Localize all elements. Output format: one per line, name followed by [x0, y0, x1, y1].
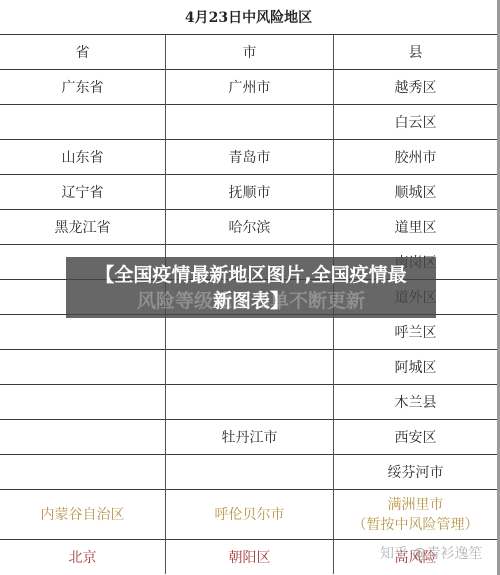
cell-county: 白云区 [334, 105, 498, 140]
zhihu-watermark: 知乎 @青衫逸笙 [380, 543, 482, 563]
table-row: 白云区 [0, 105, 497, 140]
cell-province: 内蒙谷自治区 [0, 490, 166, 540]
cell-province: 辽宁省 [0, 175, 166, 210]
banner-headline: 【全国疫情最新地区图片,全国疫情最 新图表】 [66, 257, 436, 318]
cell-city [166, 315, 334, 350]
cell-county: 道里区 [334, 210, 498, 245]
banner-line-2: 新图表】 [213, 288, 289, 314]
cell-province: 山东省 [0, 140, 166, 175]
cell-city [166, 105, 334, 140]
banner-line-1: 【全国疫情最新地区图片,全国疫情最 [95, 262, 406, 288]
table-row: 山东省 青岛市 胶州市 [0, 140, 497, 175]
table-row: 呼兰区 [0, 315, 497, 350]
table-row: 牡丹江市 西安区 [0, 420, 497, 455]
cell-province: 黑龙江省 [0, 210, 166, 245]
table-row: 辽宁省 抚顺市 顺城区 [0, 175, 497, 210]
cell-county: 西安区 [334, 420, 498, 455]
cell-county: 越秀区 [334, 70, 498, 105]
cell-county: 绥芬河市 [334, 455, 498, 490]
cell-county: 顺城区 [334, 175, 498, 210]
table-row: 广东省 广州市 越秀区 [0, 70, 497, 105]
cell-province: 广东省 [0, 70, 166, 105]
cell-city [166, 385, 334, 420]
headline-banner: 全国疫情最新地区图片,全国疫情 风险等级地区名单不断更新 【全国疫情最新地区图片… [66, 257, 436, 318]
cell-province [0, 105, 166, 140]
cell-province: 北京 [0, 540, 166, 575]
sheet-title: 4月23日中风险地区 [0, 0, 497, 34]
cell-city: 青岛市 [166, 140, 334, 175]
cell-county: 胶州市 [334, 140, 498, 175]
cell-city: 抚顺市 [166, 175, 334, 210]
cell-city: 朝阳区 [166, 540, 334, 575]
table-row: 黑龙江省 哈尔滨 道里区 [0, 210, 497, 245]
cell-province [0, 420, 166, 455]
cell-county: 木兰县 [334, 385, 498, 420]
table-row: 阿城区 [0, 350, 497, 385]
cell-province [0, 315, 166, 350]
table-row-inner-mongolia: 内蒙谷自治区 呼伦贝尔市 满洲里市 （暂按中风险管理） [0, 490, 497, 540]
header-province: 省 [0, 35, 166, 70]
table-header-row: 省 市 县 [0, 35, 497, 70]
table-row: 绥芬河市 [0, 455, 497, 490]
cell-province [0, 350, 166, 385]
cell-city: 哈尔滨 [166, 210, 334, 245]
header-county: 县 [334, 35, 498, 70]
cell-city: 牡丹江市 [166, 420, 334, 455]
cell-province [0, 385, 166, 420]
cell-city [166, 455, 334, 490]
cell-city: 呼伦贝尔市 [166, 490, 334, 540]
cell-city: 广州市 [166, 70, 334, 105]
cell-county: 阿城区 [334, 350, 498, 385]
cell-county: 呼兰区 [334, 315, 498, 350]
header-city: 市 [166, 35, 334, 70]
table-row: 木兰县 [0, 385, 497, 420]
cell-province [0, 455, 166, 490]
cell-county: 满洲里市 （暂按中风险管理） [334, 490, 498, 540]
cell-city [166, 350, 334, 385]
county-name: 满洲里市 [388, 497, 444, 513]
county-note: （暂按中风险管理） [353, 517, 479, 533]
